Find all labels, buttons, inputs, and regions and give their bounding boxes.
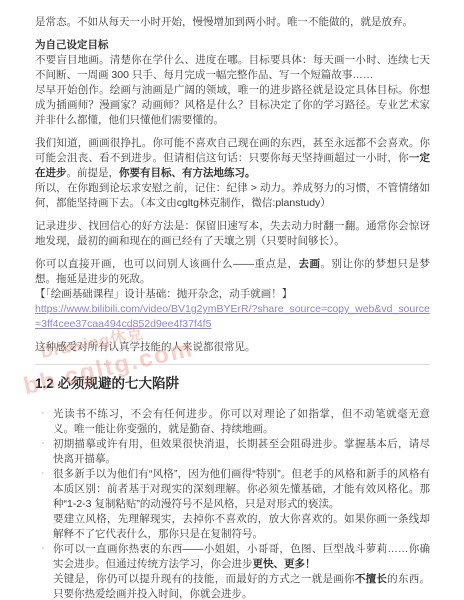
pitfalls-list: · 光读书不练习，不会有任何进步。你可以对理论了如指掌，但不动笔就毫无意义。唯一… [35,407,430,600]
list-item: · 很多新手以为他们有“风格”，因为他们画得“特别”。但老手的风格和新手的风格有… [35,467,430,542]
text-run: 【「绘画基础课程」设计基础：抛开杂念，动手就画！】 [35,288,292,300]
paragraph-discipline: 所以，在你跑到论坛求安慰之前，记住：纪律 > 动力。养成努力的习惯，不管情绪如何… [35,181,430,211]
paragraph-course-title: 【「绘画基础课程」设计基础：抛开杂念，动手就画！】 [35,287,430,302]
text-run: 光读书不练习，不会有任何进步。你可以对理论了如指掌，但不动笔就毫无意义。唯一能让… [53,408,430,435]
bullet-icon: · [41,406,45,421]
paragraph-continuation: 是常态。不如从每天一小时开始，慢慢增加到两小时。唯一不能做的，就是放弃。 [35,15,430,30]
text-run: 这种感受对所有认真学技能的人来说都很常见。 [35,341,256,353]
text-run: 很多新手以为他们有“风格”，因为他们画得“特别”。但老手的风格和新手的风格有本质… [53,468,430,510]
text-run: 是常态。不如从每天一小时开始，慢慢增加到两小时。唯一不能做的，就是放弃。 [35,16,413,28]
paragraph-common-feeling: 这种感受对所有认真学技能的人来说都很常见。 [35,340,430,355]
bilibili-video-link[interactable]: https://www.bilibili.com/video/BV1g2ymBY… [35,303,430,330]
text-run: 关键是，你仍可以提升现有的技能，而最好的方式之一就是画你 [53,573,355,585]
subheading-set-goals: 为自己设定目标 [35,38,430,53]
bullet-icon: · [41,436,45,451]
text-run: 我们知道，画画很挣扎。你可能不喜欢自己现在画的东西，甚至永远都不会喜欢。你可能会… [35,137,430,164]
text-run: 。前提是， [67,167,120,179]
text-run: 所以，在你跑到论坛求安慰之前，记住：纪律 > 动力。养成努力的习惯，不管情绪如何… [35,182,430,209]
list-item: · 你可以一直画你热衷的东西——小姐姐，小哥哥，色图、巨型战斗萝莉……你确实会进… [35,542,430,600]
bold-run: 不擅长 [355,573,387,585]
paragraph-just-draw: 你可以直接开画，也可以问别人该画什么——重点是，去画。别让你的梦想只是梦想。拖延… [35,257,430,287]
document-content: 是常态。不如从每天一小时开始，慢慢增加到两小时。唯一不能做的，就是放弃。 为自己… [0,0,464,600]
text-run: 你可以一直画你热衷的东西——小姐姐，小哥哥，色图、巨型战斗萝莉……你确实会进步。… [53,543,430,570]
bullet-icon: · [41,466,45,481]
paragraph-sketchbook: 记录进步、找回信心的好方法是：保留旧速写本，失去动力时翻一翻。通常你会惊讶地发现… [35,219,430,249]
section-heading-pitfalls: 1.2 必须规避的七大陷阱 [35,375,430,393]
paragraph-video-link: https://www.bilibili.com/video/BV1g2ymBY… [35,302,430,332]
list-item: · 光读书不练习，不会有任何进步。你可以对理论了如指掌，但不动笔就毫无意义。唯一… [35,407,430,437]
text-run: 要建立风格，先理解现实，去掉你不喜欢的，放大你喜欢的。如果你画一条线却解释不了它… [53,513,430,540]
paragraph-struggle: 我们知道，画画很挣扎。你可能不喜欢自己现在画的东西，甚至永远都不会喜欢。你可能会… [35,136,430,181]
paragraph-goals: 不要盲目地画。清楚你在学什么、进度在哪。目标要具体：每天画一小时、连续七天不间断… [35,53,430,83]
document-page: 是常态。不如从每天一小时开始，慢慢增加到两小时。唯一不能做的，就是放弃。 为自己… [0,0,464,600]
bold-run: 去画 [299,258,321,270]
bullet-icon: · [41,541,45,556]
section-divider [35,364,430,365]
text-run: 记录进步、找回信心的好方法是：保留旧速写本，失去动力时翻一翻。通常你会惊讶地发现… [35,220,430,247]
text-run: 尽早开始创作。绘画与油画是广阔的领域，唯一的进步路径就是设定具体目标。你想成为插… [35,84,430,126]
list-item: · 初期描摹或许有用，但效果很快消退，长期甚至会阻碍进步。掌握基本后，请尽快离开… [35,437,430,467]
text-run: 初期描摹或许有用，但效果很快消退，长期甚至会阻碍进步。掌握基本后，请尽快离开描摹… [53,438,430,465]
paragraph-create-early: 尽早开始创作。绘画与油画是广阔的领域，唯一的进步路径就是设定具体目标。你想成为插… [35,83,430,128]
text-run: 不要盲目地画。清楚你在学什么、进度在哪。目标要具体：每天画一小时、连续七天不间断… [35,54,430,81]
bold-run: 更快、更多！ [253,558,316,570]
text-run: 你可以直接开画，也可以问别人该画什么——重点是， [35,258,299,270]
bold-run: 你要有目标、有方法地练习。 [119,167,256,179]
